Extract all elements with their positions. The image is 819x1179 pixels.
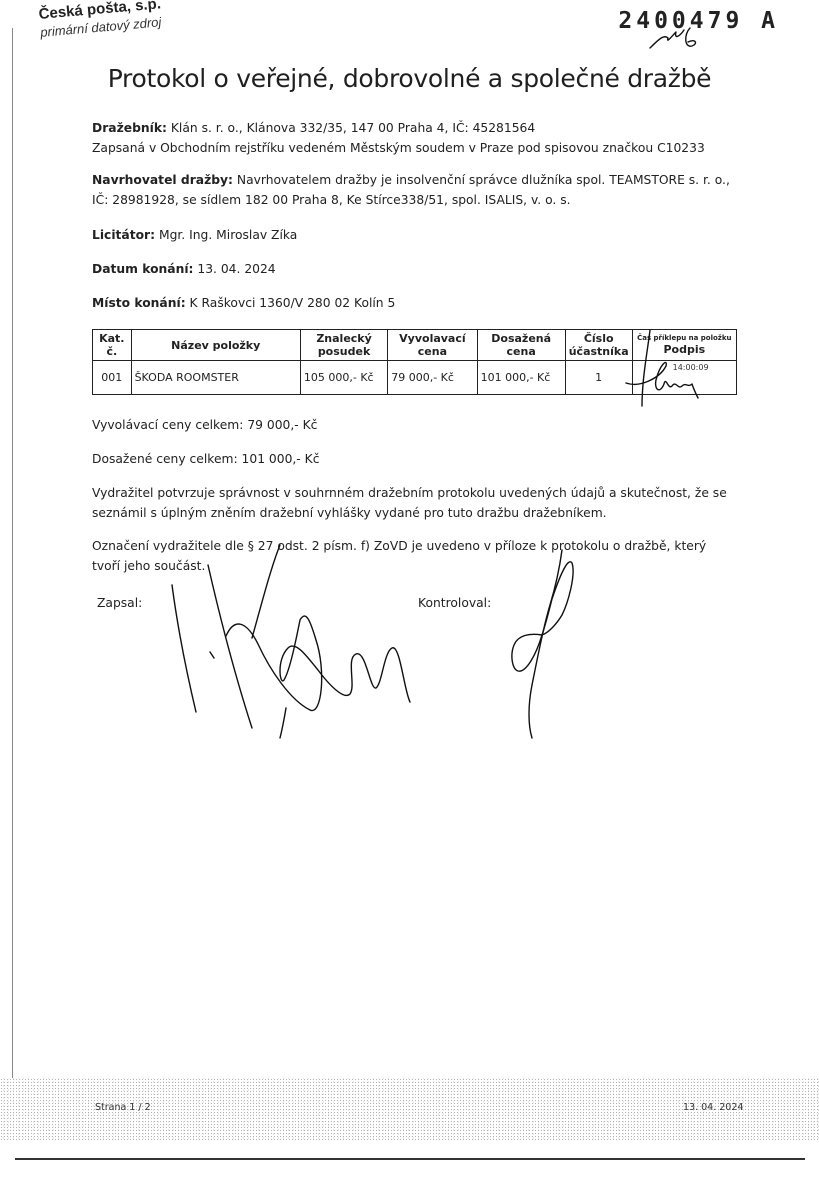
cell-name: ŠKODA ROOMSTER <box>131 361 300 395</box>
auctioneer-label: Dražebník: <box>92 121 167 135</box>
post-stamp: Česká pošta, s.p. primární datový zdroj <box>38 0 163 40</box>
header-achieved: Dosažená cena <box>477 330 565 361</box>
handwritten-initials <box>648 26 708 56</box>
date-section: Datum konání: 13. 04. 2024 <box>92 259 732 279</box>
place-section: Místo konání: K Raškovci 1360/V 280 02 K… <box>92 293 732 313</box>
place-label: Místo konání: <box>92 296 186 310</box>
proposer-label: Navrhovatel dražby: <box>92 173 233 187</box>
auctioneer-value: Klán s. r. o., Klánova 332/35, 147 00 Pr… <box>171 121 535 135</box>
footer-divider <box>15 1158 805 1160</box>
licitator-section: Licitátor: Mgr. Ing. Miroslav Zíka <box>92 225 732 245</box>
page-indicator: Strana 1 / 2 <box>95 1102 151 1113</box>
cell-starting: 79 000,- Kč <box>388 361 477 395</box>
place-value: K Raškovci 1360/V 280 02 Kolín 5 <box>190 296 396 310</box>
confirmation-text: Vydražitel potvrzuje správnost v souhrnn… <box>92 483 732 523</box>
licitator-value: Mgr. Ing. Miroslav Zíka <box>159 228 297 242</box>
cell-expert: 105 000,- Kč <box>300 361 387 395</box>
cell-achieved: 101 000,- Kč <box>477 361 565 395</box>
total-achieved: Dosažené ceny celkem: 101 000,- Kč <box>92 449 732 469</box>
footer-date: 13. 04. 2024 <box>683 1102 743 1113</box>
header-expert: Znalecký posudek <box>300 330 387 361</box>
date-label: Datum konání: <box>92 262 193 276</box>
bidder-signature <box>620 328 740 410</box>
cell-kat: 001 <box>93 361 132 395</box>
proposer-section: Navrhovatel dražby: Navrhovatelem dražby… <box>92 170 732 210</box>
recorder-signature <box>150 540 430 740</box>
scan-edge-line <box>12 28 13 1078</box>
header-starting: Vyvolavací cena <box>388 330 477 361</box>
checker-signature <box>490 545 590 745</box>
page-title: Protokol o veřejné, dobrovolné a společn… <box>0 64 819 93</box>
licitator-label: Licitátor: <box>92 228 155 242</box>
auctioneer-section: Dražebník: Klán s. r. o., Klánova 332/35… <box>92 118 732 158</box>
total-starting: Vyvolávací ceny celkem: 79 000,- Kč <box>92 415 732 435</box>
header-name: Název položky <box>131 330 300 361</box>
header-kat: Kat. č. <box>93 330 132 361</box>
date-value: 13. 04. 2024 <box>197 262 275 276</box>
auctioneer-registration: Zapsaná v Obchodním rejstříku vedeném Mě… <box>92 138 732 158</box>
